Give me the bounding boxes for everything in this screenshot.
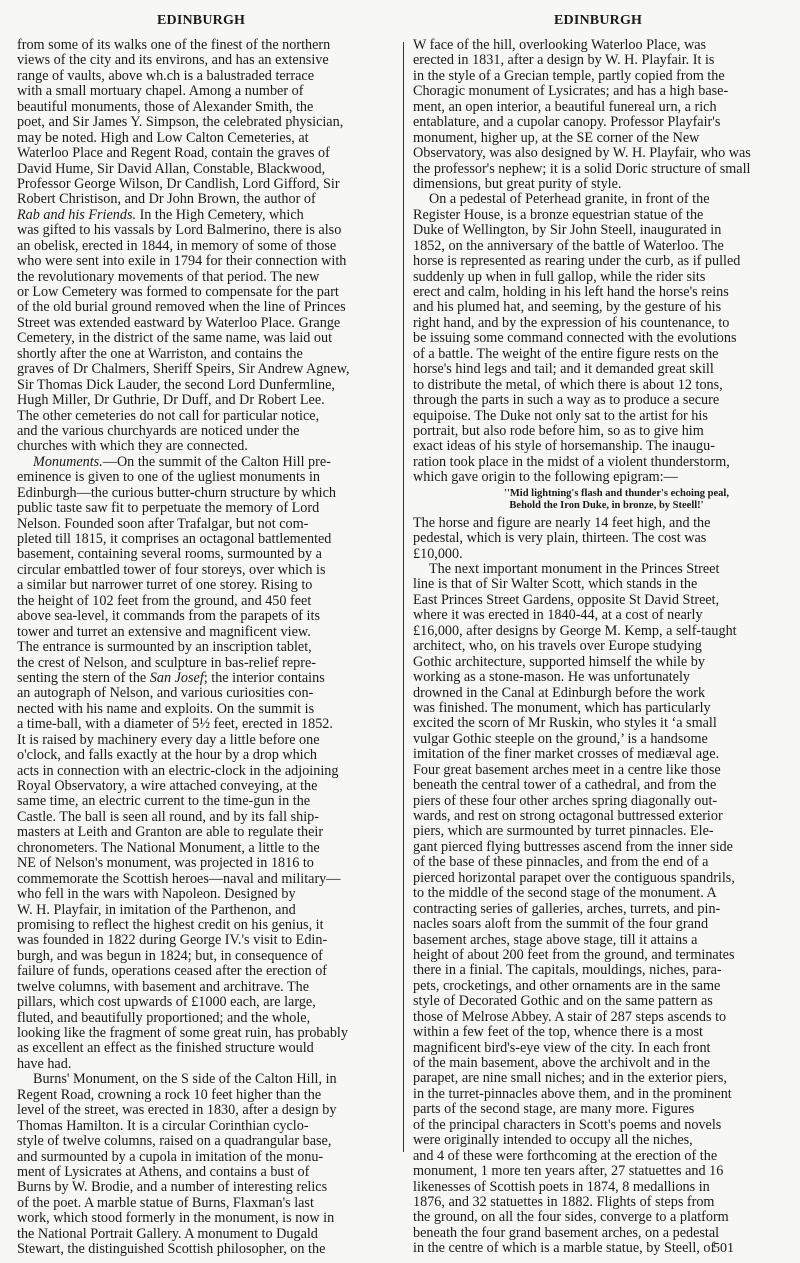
- text-line: W. H. Playfair, in imitation of the Part…: [17, 903, 393, 918]
- text-line: East Princes Street Gardens, opposite St…: [413, 593, 790, 608]
- text-line: gant pierced flying buttresses ascend fr…: [413, 840, 790, 855]
- text-line: or Low Cemetery was formed to compensate…: [17, 285, 393, 300]
- text-line: Robert Christison, and Dr John Brown, th…: [17, 192, 393, 207]
- text-line: above sea-level, it commands from the pa…: [17, 609, 393, 624]
- text-line: as excellent an effect as the finished s…: [17, 1041, 393, 1056]
- text-line: of the poet. A marble statue of Burns, F…: [17, 1196, 393, 1211]
- line-text: The other cemeteries do not call for par…: [17, 408, 319, 424]
- line-text: W. H. Playfair, in imitation of the Part…: [17, 902, 296, 918]
- line-text: and the various churchyards are noticed …: [17, 423, 299, 439]
- text-line: monument, 1 more ten years after, 27 sta…: [413, 1164, 790, 1179]
- text-line: through the parts in such a way as to pr…: [413, 393, 790, 408]
- line-text: suddenly up when in full gallop, while t…: [413, 269, 705, 285]
- running-header-right: EDINBURGH: [554, 13, 642, 29]
- line-text: ration took place in the midst of a viol…: [413, 454, 730, 470]
- line-text: in the turret-pinnacles above them, and …: [413, 1086, 732, 1102]
- line-text: chronometers. The National Monument, a l…: [17, 840, 320, 856]
- line-text: the National Portrait Gallery. A monumen…: [17, 1226, 318, 1242]
- text-line: Choragic monument of Lysicrates; and has…: [413, 84, 790, 99]
- line-text: of the principal characters in Scott's p…: [413, 1117, 721, 1133]
- line-text: where it was erected in 1840-44, at a co…: [413, 607, 703, 623]
- text-line: wards, and rest on strong octagonal butt…: [413, 809, 790, 824]
- line-text: burgh, and was begun in 1824; but, in co…: [17, 948, 323, 964]
- line-text: pedestal, which is very plain, thirteen.…: [413, 530, 706, 546]
- line-text: £16,000, after designs by George M. Kemp…: [413, 623, 737, 639]
- line-text: shortly after the one at Warriston, and …: [17, 346, 303, 362]
- line-text: ment of Lysicrates at Athens, and contai…: [17, 1164, 309, 1180]
- text-line: magnificent bird's-eye view of the city.…: [413, 1041, 790, 1056]
- line-text: nected with his name and exploits. On th…: [17, 701, 314, 717]
- text-line: chronometers. The National Monument, a l…: [17, 841, 393, 856]
- text-line: beneath the central tower of a cathedral…: [413, 778, 790, 793]
- text-line: was gifted to his vassals by Lord Balmer…: [17, 223, 393, 238]
- text-line: Rab and his Friends. In the High Cemeter…: [17, 208, 393, 223]
- text-line: Castle. The ball is seen all round, and …: [17, 810, 393, 825]
- line-text: graves of Dr Chalmers, Sheriff Speirs, S…: [17, 361, 350, 377]
- text-line: Royal Observatory, a wire attached conve…: [17, 779, 393, 794]
- text-line: Register House, is a bronze equestrian s…: [413, 208, 790, 223]
- text-line: height of about 200 feet from the ground…: [413, 948, 790, 963]
- text-line: erect and calm, holding in his left hand…: [413, 285, 790, 300]
- text-line: those of Melrose Abbey. A stair of 287 s…: [413, 1010, 790, 1025]
- text-line: working as a stone-mason. He was unfortu…: [413, 670, 790, 685]
- text-line: parts of the second stage, are many more…: [413, 1102, 790, 1117]
- text-line: The entrance is surmounted by an inscrip…: [17, 640, 393, 655]
- line-text: twelve columns, with basement and archit…: [17, 979, 309, 995]
- text-line: the professor's nephew; it is a solid Do…: [413, 162, 790, 177]
- text-line: graves of Dr Chalmers, Sheriff Speirs, S…: [17, 362, 393, 377]
- line-text: Duke of Wellington, by Sir John Steell, …: [413, 222, 721, 238]
- text-line: portrait, but also rode before him, so a…: [413, 424, 790, 439]
- line-text: of the old burial ground removed when th…: [17, 299, 346, 315]
- text-line: Four great basement arches meet in a cen…: [413, 763, 790, 778]
- text-line: architect, who, on his travels over Euro…: [413, 639, 790, 654]
- line-text: The entrance is surmounted by an inscrip…: [17, 639, 312, 655]
- text-line: The other cemeteries do not call for par…: [17, 409, 393, 424]
- text-line: erected in 1831, after a design by W. H.…: [413, 53, 790, 68]
- line-text: promising to reflect the highest credit …: [17, 917, 324, 933]
- text-line: excited the scorn of Mr Ruskin, who styl…: [413, 716, 790, 731]
- line-text: and 4 of these were forthcoming at the e…: [413, 1148, 717, 1164]
- text-line: Waterloo Place and Regent Road, contain …: [17, 146, 393, 161]
- line-text: pierced horizontal parapet over the cont…: [413, 870, 735, 886]
- text-line: who were sent into exile in 1794 for the…: [17, 254, 393, 269]
- line-text: level of the street, was erected in 1830…: [17, 1102, 337, 1118]
- line-text: Sir Thomas Dick Lauder, the second Lord …: [17, 377, 335, 393]
- line-text: the crest of Nelson, and sculpture in ba…: [17, 655, 316, 671]
- text-line: with a small mortuary chapel. Among a nu…: [17, 84, 393, 99]
- line-text: monument, 1 more ten years after, 27 sta…: [413, 1163, 723, 1179]
- running-header-left: EDINBURGH: [157, 13, 245, 29]
- line-text: magnificent bird's-eye view of the city.…: [413, 1040, 711, 1056]
- line-text: tower and turret an extensive and magnif…: [17, 624, 311, 640]
- text-line: horse is represented as rearing under th…: [413, 254, 790, 269]
- line-text: was founded in 1822 during George IV.'s …: [17, 932, 327, 948]
- text-line: Burns' Monument, on the S side of the Ca…: [17, 1072, 393, 1087]
- line-text: an obelisk, erected in 1844, in memory o…: [17, 238, 336, 254]
- text-line: nacles soars aloft from the summit of th…: [413, 917, 790, 932]
- text-line: failure of funds, operations ceased afte…: [17, 964, 393, 979]
- line-text: Edinburgh—the curious butter-churn struc…: [17, 485, 336, 501]
- line-text: senting the stern of the: [17, 670, 150, 686]
- line-text: fluted, and beautifully proportioned; an…: [17, 1010, 310, 1026]
- text-line: Monuments.—On the summit of the Calton H…: [17, 455, 393, 470]
- text-line: of the principal characters in Scott's p…: [413, 1118, 790, 1133]
- line-text: through the parts in such a way as to pr…: [413, 392, 719, 408]
- text-line: It is raised by machinery every day a li…: [17, 733, 393, 748]
- text-line: right hand, and by the expression of his…: [413, 316, 790, 331]
- text-line: same time, an electric current to the ti…: [17, 794, 393, 809]
- line-text: horse is represented as rearing under th…: [413, 253, 740, 269]
- line-text: public taste saw fit to perpetuate the m…: [17, 500, 319, 516]
- text-line: Edinburgh—the curious butter-churn struc…: [17, 486, 393, 501]
- line-text: horse's hind legs and tail; and it deman…: [413, 361, 714, 377]
- text-line: and 4 of these were forthcoming at the e…: [413, 1149, 790, 1164]
- text-line: piers, which are surmounted by turret pi…: [413, 824, 790, 839]
- text-line: equipoise. The Duke not only sat to the …: [413, 409, 790, 424]
- line-text: David Hume, Sir David Allan, Constable, …: [17, 161, 325, 177]
- line-text: were originally intended to occupy all t…: [413, 1132, 693, 1148]
- text-line: from some of its walks one of the finest…: [17, 38, 393, 53]
- text-line: of a battle. The weight of the entire fi…: [413, 347, 790, 362]
- line-text: wards, and rest on strong octagonal butt…: [413, 808, 723, 824]
- text-line: Nelson. Founded soon after Trafalgar, bu…: [17, 517, 393, 532]
- text-line: of the old burial ground removed when th…: [17, 300, 393, 315]
- line-text: with a small mortuary chapel. Among a nu…: [17, 83, 303, 99]
- text-line: basement, containing several rooms, surm…: [17, 547, 393, 562]
- line-text: which gave origin to the following epigr…: [413, 469, 678, 485]
- line-text: beneath the four grand basement arches, …: [413, 1225, 719, 1241]
- line-text: East Princes Street Gardens, opposite St…: [413, 592, 719, 608]
- line-text: was gifted to his vassals by Lord Balmer…: [17, 222, 341, 238]
- text-line: be issuing some command connected with t…: [413, 331, 790, 346]
- text-line: was finished. The monument, which has pa…: [413, 701, 790, 716]
- epigram-line: Behold the Iron Duke, in bronze, by Stee…: [413, 500, 790, 516]
- text-line: vulgar Gothic steeple on the ground,’ is…: [413, 732, 790, 747]
- line-text: as excellent an effect as the finished s…: [17, 1040, 314, 1056]
- line-text: the ground, on all the four sides, conve…: [413, 1209, 729, 1225]
- text-line: pets, crocketings, and other ornaments a…: [413, 979, 790, 994]
- text-line: masters at Leith and Granton are able to…: [17, 825, 393, 840]
- line-text: line is that of Sir Walter Scott, which …: [413, 576, 697, 592]
- line-text: The next important monument in the Princ…: [429, 561, 719, 577]
- line-text: parts of the second stage, are many more…: [413, 1101, 694, 1117]
- line-text: drowned in the Canal at Edinburgh before…: [413, 685, 705, 701]
- line-text: equipoise. The Duke not only sat to the …: [413, 408, 708, 424]
- line-text: Professor George Wilson, Dr Candlish, Lo…: [17, 176, 340, 192]
- text-line: ration took place in the midst of a viol…: [413, 455, 790, 470]
- line-text: from some of its walks one of the finest…: [17, 37, 330, 53]
- line-text: there in a finial. The capitals, mouldin…: [413, 962, 722, 978]
- line-text: Cemetery, in the district of the same na…: [17, 330, 332, 346]
- left-column: from some of its walks one of the finest…: [17, 38, 393, 1258]
- text-line: poet, and Sir James Y. Simpson, the cele…: [17, 115, 393, 130]
- text-line: views of the city and its environs, and …: [17, 53, 393, 68]
- text-line: Cemetery, in the district of the same na…: [17, 331, 393, 346]
- text-line: Sir Thomas Dick Lauder, the second Lord …: [17, 378, 393, 393]
- right-column: W face of the hill, overlooking Waterloo…: [413, 38, 790, 1257]
- text-line: circular embattled tower of four storeys…: [17, 563, 393, 578]
- line-text: same time, an electric current to the ti…: [17, 793, 310, 809]
- text-line: parapet, are nine small niches; and in t…: [413, 1071, 790, 1086]
- text-line: imitation of the finer market crosses of…: [413, 747, 790, 762]
- line-text: 1852, on the anniversary of the battle o…: [413, 238, 724, 254]
- text-line: pedestal, which is very plain, thirteen.…: [413, 531, 790, 546]
- text-line: to the middle of the second stage of the…: [413, 886, 790, 901]
- text-line: eminence is given to one of the ugliest …: [17, 470, 393, 485]
- line-text: ment, an open interior, a beautiful fune…: [413, 99, 717, 115]
- line-text: Register House, is a bronze equestrian s…: [413, 207, 703, 223]
- text-line: public taste saw fit to perpetuate the m…: [17, 501, 393, 516]
- line-text: The horse and figure are nearly 14 feet …: [413, 515, 710, 531]
- text-line: twelve columns, with basement and archit…: [17, 980, 393, 995]
- line-text: an autograph of Nelson, and various curi…: [17, 685, 313, 701]
- text-line: churches with which they are connected.: [17, 439, 393, 454]
- text-line: beautiful monuments, those of Alexander …: [17, 100, 393, 115]
- text-line: shortly after the one at Warriston, and …: [17, 347, 393, 362]
- line-text: portrait, but also rode before him, so a…: [413, 423, 704, 439]
- text-line: looking like the fragment of some great …: [17, 1026, 393, 1041]
- text-line: burgh, and was begun in 1824; but, in co…: [17, 949, 393, 964]
- text-line: pierced horizontal parapet over the cont…: [413, 871, 790, 886]
- line-text: contracting series of galleries, arches,…: [413, 901, 720, 917]
- line-text: ; the interior contains: [204, 670, 325, 686]
- text-line: NE of Nelson's monument, was projected i…: [17, 856, 393, 871]
- text-line: style of twelve columns, raised on a qua…: [17, 1134, 393, 1149]
- text-line: Professor George Wilson, Dr Candlish, Lo…: [17, 177, 393, 192]
- text-line: dimensions, but great purity of style.: [413, 177, 790, 192]
- text-line: fluted, and beautifully proportioned; an…: [17, 1011, 393, 1026]
- line-text: —On the summit of the Calton Hill pre-: [103, 454, 331, 470]
- text-line: tower and turret an extensive and magnif…: [17, 625, 393, 640]
- text-line: drowned in the Canal at Edinburgh before…: [413, 686, 790, 701]
- line-text: dimensions, but great purity of style.: [413, 176, 621, 192]
- text-line: horse's hind legs and tail; and it deman…: [413, 362, 790, 377]
- line-text: vulgar Gothic steeple on the ground,’ is…: [413, 731, 708, 747]
- line-text: churches with which they are connected.: [17, 438, 248, 454]
- text-line: £16,000, after designs by George M. Kemp…: [413, 624, 790, 639]
- line-text: of the base of these pinnacles, and from…: [413, 854, 708, 870]
- text-line: of the base of these pinnacles, and from…: [413, 855, 790, 870]
- text-line: style of Decorated Gothic and on the sam…: [413, 994, 790, 1009]
- line-text: in the style of a Grecian temple, partly…: [413, 68, 725, 84]
- text-line: the height of 102 feet from the ground, …: [17, 594, 393, 609]
- text-line: ment of Lysicrates at Athens, and contai…: [17, 1165, 393, 1180]
- text-line: acts in connection with an electric-cloc…: [17, 764, 393, 779]
- text-line: an autograph of Nelson, and various curi…: [17, 686, 393, 701]
- text-line: a similar but narrower turret of one sto…: [17, 578, 393, 593]
- line-text: was finished. The monument, which has pa…: [413, 700, 711, 716]
- line-text: Four great basement arches meet in a cen…: [413, 762, 721, 778]
- text-line: commemorate the Scottish heroes—naval an…: [17, 872, 393, 887]
- text-line: o'clock, and falls exactly at the hour b…: [17, 748, 393, 763]
- text-line: the crest of Nelson, and sculpture in ba…: [17, 656, 393, 671]
- line-text: may be noted. High and Low Calton Cemete…: [17, 130, 309, 146]
- line-text: range of vaults, above wh.ch is a balust…: [17, 68, 314, 84]
- text-line: exact ideas of his style of horsemanship…: [413, 439, 790, 454]
- text-line: pleted till 1815, it comprises an octago…: [17, 532, 393, 547]
- text-line: pillars, which cost upwards of £1000 eac…: [17, 995, 393, 1010]
- line-text: Choragic monument of Lysicrates; and has…: [413, 83, 728, 99]
- line-text: erected in 1831, after a design by W. H.…: [413, 52, 714, 68]
- line-text: within a few feet of the top, whence the…: [413, 1024, 703, 1040]
- line-text: pets, crocketings, and other ornaments a…: [413, 978, 720, 994]
- line-text: excited the scorn of Mr Ruskin, who styl…: [413, 715, 717, 731]
- line-text: parapet, are nine small niches; and in t…: [413, 1070, 727, 1086]
- text-line: 1876, and 32 statuettes in 1882. Flights…: [413, 1195, 790, 1210]
- line-text: Hugh Miller, Dr Guthrie, Dr Duff, and Dr…: [17, 392, 325, 408]
- line-text: Street was extended eastward by Waterloo…: [17, 315, 340, 331]
- line-text: height of about 200 feet from the ground…: [413, 947, 735, 963]
- line-text: of the poet. A marble statue of Burns, F…: [17, 1195, 314, 1211]
- text-line: The next important monument in the Princ…: [413, 562, 790, 577]
- line-text: Stewart, the distinguished Scottish phil…: [17, 1241, 325, 1257]
- line-text: basement, containing several rooms, surm…: [17, 546, 322, 562]
- line-text: who fell in the wars with Napoleon. Desi…: [17, 886, 296, 902]
- text-line: senting the stern of the San Josef; the …: [17, 671, 393, 686]
- text-line: The horse and figure are nearly 14 feet …: [413, 516, 790, 531]
- line-text: who were sent into exile in 1794 for the…: [17, 253, 346, 269]
- line-text: to distribute the metal, of which there …: [413, 377, 723, 393]
- line-text: Waterloo Place and Regent Road, contain …: [17, 145, 330, 161]
- line-text: be issuing some command connected with t…: [413, 330, 737, 346]
- text-line: £10,000.: [413, 547, 790, 562]
- line-text: right hand, and by the expression of his…: [413, 315, 729, 331]
- text-line: Stewart, the distinguished Scottish phil…: [17, 1242, 393, 1257]
- text-line: 1852, on the anniversary of the battle o…: [413, 239, 790, 254]
- line-text: beautiful monuments, those of Alexander …: [17, 99, 313, 115]
- text-line: were originally intended to occupy all t…: [413, 1133, 790, 1148]
- line-text: beneath the central tower of a cathedral…: [413, 777, 716, 793]
- line-text: architect, who, on his travels over Euro…: [413, 638, 702, 654]
- line-text: NE of Nelson's monument, was projected i…: [17, 855, 314, 871]
- text-line: ment, an open interior, a beautiful fune…: [413, 100, 790, 115]
- text-line: where it was erected in 1840-44, at a co…: [413, 608, 790, 623]
- text-line: basement arches, stage above stage, till…: [413, 933, 790, 948]
- text-line: Burns by W. Brodie, and a number of inte…: [17, 1180, 393, 1195]
- line-text: erect and calm, holding in his left hand…: [413, 284, 729, 300]
- text-line: and the various churchyards are noticed …: [17, 424, 393, 439]
- line-text: the revolutionary movements of that peri…: [17, 269, 319, 285]
- line-text: the professor's nephew; it is a solid Do…: [413, 161, 750, 177]
- text-line: the revolutionary movements of that peri…: [17, 270, 393, 285]
- line-text: basement arches, stage above stage, till…: [413, 932, 697, 948]
- text-line: in the style of a Grecian temple, partly…: [413, 69, 790, 84]
- text-line: within a few feet of the top, whence the…: [413, 1025, 790, 1040]
- line-text: nacles soars aloft from the summit of th…: [413, 916, 708, 932]
- text-line: monument, higher up, at the SE corner of…: [413, 131, 790, 146]
- text-line: Observatory, was also designed by W. H. …: [413, 146, 790, 161]
- text-line: David Hume, Sir David Allan, Constable, …: [17, 162, 393, 177]
- line-text: exact ideas of his style of horsemanship…: [413, 438, 715, 454]
- line-text: Royal Observatory, a wire attached conve…: [17, 778, 317, 794]
- text-line: Hugh Miller, Dr Guthrie, Dr Duff, and Dr…: [17, 393, 393, 408]
- line-text: pillars, which cost upwards of £1000 eac…: [17, 994, 316, 1010]
- text-line: Duke of Wellington, by Sir John Steell, …: [413, 223, 790, 238]
- text-line: On a pedestal of Peterhead granite, in f…: [413, 192, 790, 207]
- line-text: On a pedestal of Peterhead granite, in f…: [429, 191, 710, 207]
- text-line: there in a finial. The capitals, mouldin…: [413, 963, 790, 978]
- text-line: and surmounted by a cupola in imitation …: [17, 1150, 393, 1165]
- text-line: a time-ball, with a diameter of 5½ feet,…: [17, 717, 393, 732]
- line-text: a time-ball, with a diameter of 5½ feet,…: [17, 716, 333, 732]
- text-line: to distribute the metal, of which there …: [413, 378, 790, 393]
- line-text: Castle. The ball is seen all round, and …: [17, 809, 319, 825]
- text-line: was founded in 1822 during George IV.'s …: [17, 933, 393, 948]
- text-line: nected with his name and exploits. On th…: [17, 702, 393, 717]
- line-text: pleted till 1815, it comprises an octago…: [17, 531, 331, 547]
- line-text: failure of funds, operations ceased afte…: [17, 963, 327, 979]
- line-text: in the centre of which is a marble statu…: [413, 1240, 715, 1256]
- line-text: Burns' Monument, on the S side of the Ca…: [33, 1071, 337, 1087]
- text-line: in the turret-pinnacles above them, and …: [413, 1087, 790, 1102]
- line-text: Regent Road, crowning a rock 10 feet hig…: [17, 1087, 321, 1103]
- line-text: In the High Cemetery, which: [136, 207, 304, 223]
- line-text: of the main basement, above the archivol…: [413, 1055, 710, 1071]
- text-line: piers of these four other arches spring …: [413, 794, 790, 809]
- text-line: work, which stood formerly in the monume…: [17, 1211, 393, 1226]
- text-line: level of the street, was erected in 1830…: [17, 1103, 393, 1118]
- text-line: of the main basement, above the archivol…: [413, 1056, 790, 1071]
- line-text: to the middle of the second stage of the…: [413, 885, 717, 901]
- line-text: have had.: [17, 1056, 71, 1072]
- text-line: which gave origin to the following epigr…: [413, 470, 790, 485]
- line-text: o'clock, and falls exactly at the hour b…: [17, 747, 317, 763]
- text-line: suddenly up when in full gallop, while t…: [413, 270, 790, 285]
- line-text: and his plumed hat, and seeming, by the …: [413, 299, 721, 315]
- line-text: above sea-level, it commands from the pa…: [17, 608, 320, 624]
- text-line: line is that of Sir Walter Scott, which …: [413, 577, 790, 592]
- text-line: Gothic architecture, supported himself t…: [413, 655, 790, 670]
- text-line: the ground, on all the four sides, conve…: [413, 1210, 790, 1225]
- line-text: style of twelve columns, raised on a qua…: [17, 1133, 331, 1149]
- line-text: £10,000.: [413, 546, 463, 562]
- text-line: Thomas Hamilton. It is a circular Corint…: [17, 1119, 393, 1134]
- line-text: working as a stone-mason. He was unfortu…: [413, 669, 690, 685]
- line-text: circular embattled tower of four storeys…: [17, 562, 325, 578]
- line-text: style of Decorated Gothic and on the sam…: [413, 993, 713, 1009]
- line-text: Observatory, was also designed by W. H. …: [413, 145, 751, 161]
- line-text: imitation of the finer market crosses of…: [413, 746, 719, 762]
- italic-text: Monuments.: [33, 454, 103, 470]
- page-number: 501: [713, 1241, 734, 1257]
- line-text: Robert Christison, and Dr John Brown, th…: [17, 191, 316, 207]
- line-text: the height of 102 feet from the ground, …: [17, 593, 311, 609]
- line-text: of a battle. The weight of the entire fi…: [413, 346, 718, 362]
- text-line: likenesses of Scottish poets in 1874, 8 …: [413, 1180, 790, 1195]
- line-text: likenesses of Scottish poets in 1874, 8 …: [413, 1179, 710, 1195]
- italic-text: San Josef: [150, 670, 204, 686]
- text-line: contracting series of galleries, arches,…: [413, 902, 790, 917]
- text-line: an obelisk, erected in 1844, in memory o…: [17, 239, 393, 254]
- italic-text: Rab and his Friends.: [17, 207, 136, 223]
- text-line: Regent Road, crowning a rock 10 feet hig…: [17, 1088, 393, 1103]
- line-text: those of Melrose Abbey. A stair of 287 s…: [413, 1009, 726, 1025]
- line-text: looking like the fragment of some great …: [17, 1025, 348, 1041]
- text-line: promising to reflect the highest credit …: [17, 918, 393, 933]
- line-text: 1876, and 32 statuettes in 1882. Flights…: [413, 1194, 714, 1210]
- line-text: It is raised by machinery every day a li…: [17, 732, 320, 748]
- text-line: W face of the hill, overlooking Waterloo…: [413, 38, 790, 53]
- line-text: commemorate the Scottish heroes—naval an…: [17, 871, 340, 887]
- line-text: masters at Leith and Granton are able to…: [17, 824, 323, 840]
- text-line: the National Portrait Gallery. A monumen…: [17, 1227, 393, 1242]
- line-text: piers, which are surmounted by turret pi…: [413, 823, 714, 839]
- line-text: acts in connection with an electric-cloc…: [17, 763, 338, 779]
- line-text: or Low Cemetery was formed to compensate…: [17, 284, 339, 300]
- text-line: Street was extended eastward by Waterloo…: [17, 316, 393, 331]
- text-line: entablature, and a cupolar canopy. Profe…: [413, 115, 790, 130]
